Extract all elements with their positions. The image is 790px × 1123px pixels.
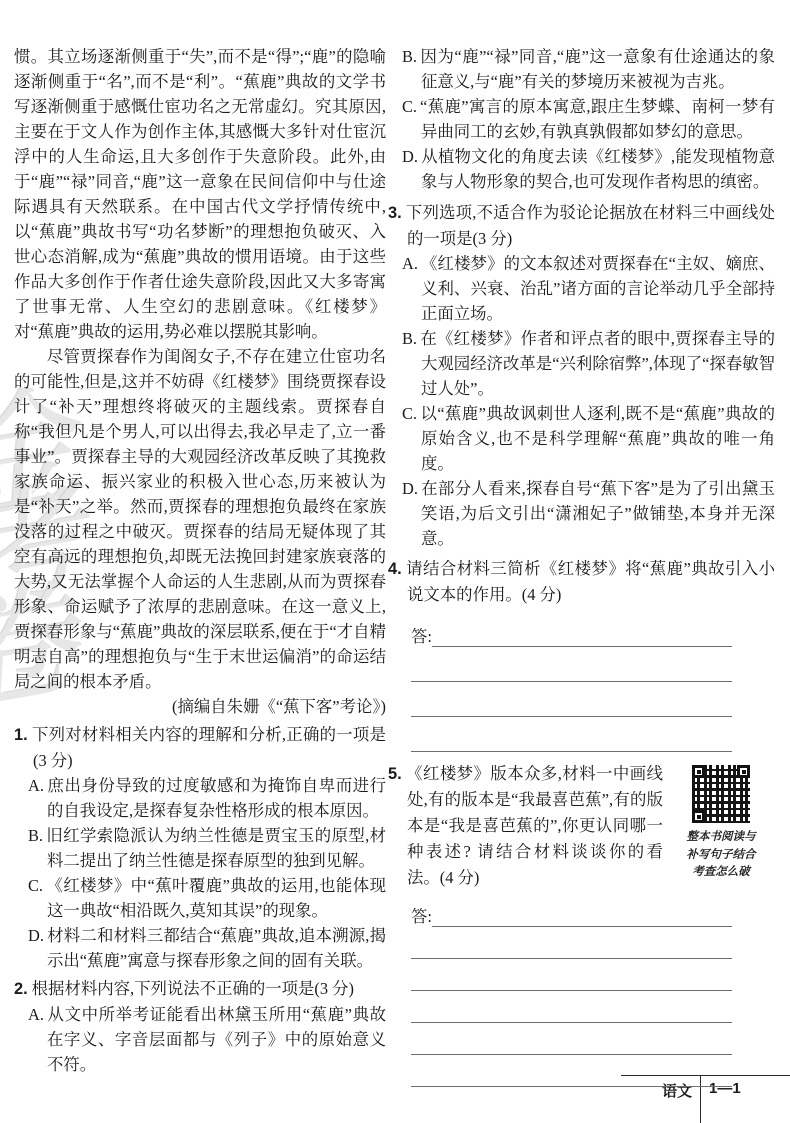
qr-finder-icon bbox=[692, 810, 705, 823]
question-2-stem: 2.根据材料内容,下列说法不正确的一项是(3 分) bbox=[14, 976, 386, 1002]
qr-code bbox=[692, 765, 750, 823]
material-paragraph-1: 惯。其立场逐渐侧重于“失”,而不是“得”;“鹿”的隐喻逐渐侧重于“名”,而不是“… bbox=[14, 44, 386, 344]
option-a: A.从文中所举考证能看出林黛玉所用“蕉鹿”典故在字义、字音层面都与《列子》中的原… bbox=[28, 1002, 386, 1077]
qr-caption-line: 考查怎么破 bbox=[667, 864, 775, 882]
qr-caption: 整本书阅读与 补写句子结合 考查怎么破 bbox=[667, 829, 775, 882]
option-d: D.从植物文化的角度去读《红楼梦》,能发现植物意象与人物形象的契合,也可发现作者… bbox=[402, 144, 775, 194]
question-2: 2.根据材料内容,下列说法不正确的一项是(3 分) A.从文中所举考证能看出林黛… bbox=[14, 976, 386, 1077]
right-column: B.因为“鹿”“禄”同音,“鹿”这一意象有仕途通达的象征意义,与“鹿”有关的梦境… bbox=[388, 44, 775, 1087]
option-label: B. bbox=[402, 329, 420, 348]
option-text: 从文中所举考证能看出林黛玉所用“蕉鹿”典故在字义、字音层面都与《列子》中的原始意… bbox=[47, 1005, 386, 1074]
question-4-answer-area: 答: bbox=[411, 617, 732, 752]
material-paragraph-2: 尽管贾探春作为闺阁女子,不存在建立仕宦功名的可能性,但是,这并不妨碍《红楼梦》围… bbox=[14, 344, 386, 694]
answer-rule-line bbox=[411, 959, 732, 991]
question-number: 3. bbox=[388, 204, 406, 222]
answer-first-line: 答: bbox=[411, 897, 732, 927]
question-1: 1.下列对材料相关内容的理解和分析,正确的一项是(3 分) A.庶出身份导致的过… bbox=[14, 722, 386, 973]
answer-rule-line bbox=[411, 1055, 732, 1087]
question-5-row: 5.《红楼梦》版本众多,材料一中画线处,有的版本是“我最喜芭蕉”,有的版本是“我… bbox=[388, 761, 775, 891]
option-text: 庶出身份导致的过度敏感和为掩饰自卑而进行的自我设定,是探春复杂性格形成的根本原因… bbox=[47, 776, 386, 820]
question-stem-text: 《红楼梦》版本众多,材料一中画线处,有的版本是“我最喜芭蕉”,有的版本是“我是喜… bbox=[406, 764, 663, 887]
option-text: 《红楼梦》中“蕉叶覆鹿”典故的运用,也能体现这一典故“相沿既久,莫知其误”的现象… bbox=[46, 876, 386, 920]
option-text: 旧红学索隐派认为纳兰性德是贾宝玉的原型,材料二提出了纳兰性德是探春原型的独到见解… bbox=[46, 826, 386, 870]
option-text: 材料二和材料三都结合“蕉鹿”典故,追本溯源,揭示出“蕉鹿”寓意与探春形象之间的固… bbox=[47, 926, 386, 970]
answer-first-line: 答: bbox=[411, 617, 732, 647]
option-c: C.《红楼梦》中“蕉叶覆鹿”典故的运用,也能体现这一典故“相沿既久,莫知其误”的… bbox=[28, 873, 386, 923]
answer-label: 答: bbox=[411, 907, 432, 927]
option-c: C.“蕉鹿”寓言的原本寓意,跟庄生梦蝶、南柯一梦有异曲同工的玄妙,有孰真孰假都如… bbox=[402, 94, 775, 144]
option-b: B.在《红楼梦》作者和评点者的眼中,贾探春主导的大观园经济改革是“兴利除宿弊”,… bbox=[402, 326, 775, 401]
answer-rule-line bbox=[411, 991, 732, 1023]
option-text: 《红楼梦》的文本叙述对贾探春在“主奴、嫡庶、义利、兴衰、治乱”诸方面的言论举动几… bbox=[421, 254, 775, 323]
option-label: D. bbox=[402, 147, 421, 166]
option-label: D. bbox=[28, 926, 47, 945]
option-text: 从植物文化的角度去读《红楼梦》,能发现植物意象与人物形象的契合,也可发现作者构思… bbox=[421, 147, 775, 191]
option-b: B.旧红学索隐派认为纳兰性德是贾宝玉的原型,材料二提出了纳兰性德是探春原型的独到… bbox=[28, 823, 386, 873]
material-attribution: (摘编自朱姗《“蕉下客”考论》) bbox=[14, 694, 386, 719]
option-label: C. bbox=[402, 404, 420, 423]
question-4-stem: 4.请结合材料三简析《红楼梦》将“蕉鹿”典故引入小说文本的作用。(4 分) bbox=[388, 556, 775, 607]
answer-rule-line bbox=[411, 717, 732, 752]
option-b: B.因为“鹿”“禄”同音,“鹿”这一意象有仕途通达的象征意义,与“鹿”有关的梦境… bbox=[402, 44, 775, 94]
option-label: A. bbox=[28, 776, 47, 795]
option-text: 以“蕉鹿”典故讽刺世人逐利,既不是“蕉鹿”典故的原始含义,也不是科学理解“蕉鹿”… bbox=[420, 404, 775, 473]
option-c: C.以“蕉鹿”典故讽刺世人逐利,既不是“蕉鹿”典故的原始含义,也不是科学理解“蕉… bbox=[402, 401, 775, 476]
option-label: A. bbox=[28, 1005, 47, 1024]
option-a: A.庶出身份导致的过度敏感和为掩饰自卑而进行的自我设定,是探春复杂性格形成的根本… bbox=[28, 773, 386, 823]
option-label: A. bbox=[402, 254, 421, 273]
question-stem-text: 下列对材料相关内容的理解和分析,正确的一项是(3 分) bbox=[32, 725, 386, 770]
question-3-stem: 3.下列选项,不适合作为驳论论据放在材料三中画线处的一项是(3 分) bbox=[388, 200, 775, 251]
option-text: 在《红楼梦》作者和评点者的眼中,贾探春主导的大观园经济改革是“兴利除宿弊”,体现… bbox=[420, 329, 775, 398]
option-a: A.《红楼梦》的文本叙述对贾探春在“主奴、嫡庶、义利、兴衰、治乱”诸方面的言论举… bbox=[402, 251, 775, 326]
qr-finder-icon bbox=[692, 765, 705, 778]
question-number: 5. bbox=[388, 765, 406, 783]
option-label: B. bbox=[402, 47, 420, 66]
question-stem-text: 根据材料内容,下列说法不正确的一项是(3 分) bbox=[32, 979, 354, 998]
option-text: 因为“鹿”“禄”同音,“鹿”这一意象有仕途通达的象征意义,与“鹿”有关的梦境历来… bbox=[420, 47, 775, 91]
question-5-stem: 5.《红楼梦》版本众多,材料一中画线处,有的版本是“我最喜芭蕉”,有的版本是“我… bbox=[388, 761, 663, 891]
option-label: D. bbox=[402, 479, 421, 498]
option-text: “蕉鹿”寓言的原本寓意,跟庄生梦蝶、南柯一梦有异曲同工的玄妙,有孰真孰假都如梦幻… bbox=[420, 97, 775, 141]
question-1-stem: 1.下列对材料相关内容的理解和分析,正确的一项是(3 分) bbox=[14, 722, 386, 773]
question-number: 1. bbox=[14, 726, 32, 744]
option-label: B. bbox=[28, 826, 46, 845]
answer-rule-line bbox=[411, 1023, 732, 1055]
option-d: D.材料二和材料三都结合“蕉鹿”典故,追本溯源,揭示出“蕉鹿”寓意与探春形象之间… bbox=[28, 923, 386, 973]
option-label: C. bbox=[28, 876, 46, 895]
qr-caption-line: 补写句子结合 bbox=[667, 847, 775, 865]
option-label: C. bbox=[402, 97, 420, 116]
answer-rule-line bbox=[411, 682, 732, 717]
left-column: 惯。其立场逐渐侧重于“失”,而不是“得”;“鹿”的隐喻逐渐侧重于“名”,而不是“… bbox=[14, 44, 386, 1077]
qr-panel: 整本书阅读与 补写句子结合 考查怎么破 bbox=[667, 761, 775, 891]
question-5: 5.《红楼梦》版本众多,材料一中画线处,有的版本是“我最喜芭蕉”,有的版本是“我… bbox=[388, 761, 775, 1087]
qr-caption-line: 整本书阅读与 bbox=[667, 829, 775, 847]
question-stem-text: 请结合材料三简析《红楼梦》将“蕉鹿”典故引入小说文本的作用。(4 分) bbox=[406, 559, 775, 604]
answer-rule-line bbox=[432, 906, 732, 927]
qr-finder-icon bbox=[737, 765, 750, 778]
question-number: 4. bbox=[388, 560, 406, 578]
question-number: 2. bbox=[14, 980, 32, 998]
answer-rule-line bbox=[432, 626, 732, 647]
answer-rule-line bbox=[411, 647, 732, 682]
question-stem-text: 下列选项,不适合作为驳论论据放在材料三中画线处的一项是(3 分) bbox=[406, 203, 775, 248]
question-2-continued: B.因为“鹿”“禄”同音,“鹿”这一意象有仕途通达的象征意义,与“鹿”有关的梦境… bbox=[388, 44, 775, 194]
option-text: 在部分人看来,探春自号“蕉下客”是为了引出黛玉笑语,为后文引出“潇湘妃子”做铺垫… bbox=[421, 479, 775, 548]
exam-page: 金 考 卷 惯。其立场逐渐侧重于“失”,而不是“得”;“鹿”的隐喻逐渐侧重于“名… bbox=[0, 0, 790, 1123]
question-3: 3.下列选项,不适合作为驳论论据放在材料三中画线处的一项是(3 分) A.《红楼… bbox=[388, 200, 775, 551]
answer-label: 答: bbox=[411, 627, 432, 647]
option-d: D.在部分人看来,探春自号“蕉下客”是为了引出黛玉笑语,为后文引出“潇湘妃子”做… bbox=[402, 476, 775, 551]
answer-rule-line bbox=[411, 927, 732, 959]
question-5-answer-area: 答: bbox=[411, 897, 732, 1087]
question-4: 4.请结合材料三简析《红楼梦》将“蕉鹿”典故引入小说文本的作用。(4 分) 答: bbox=[388, 556, 775, 752]
